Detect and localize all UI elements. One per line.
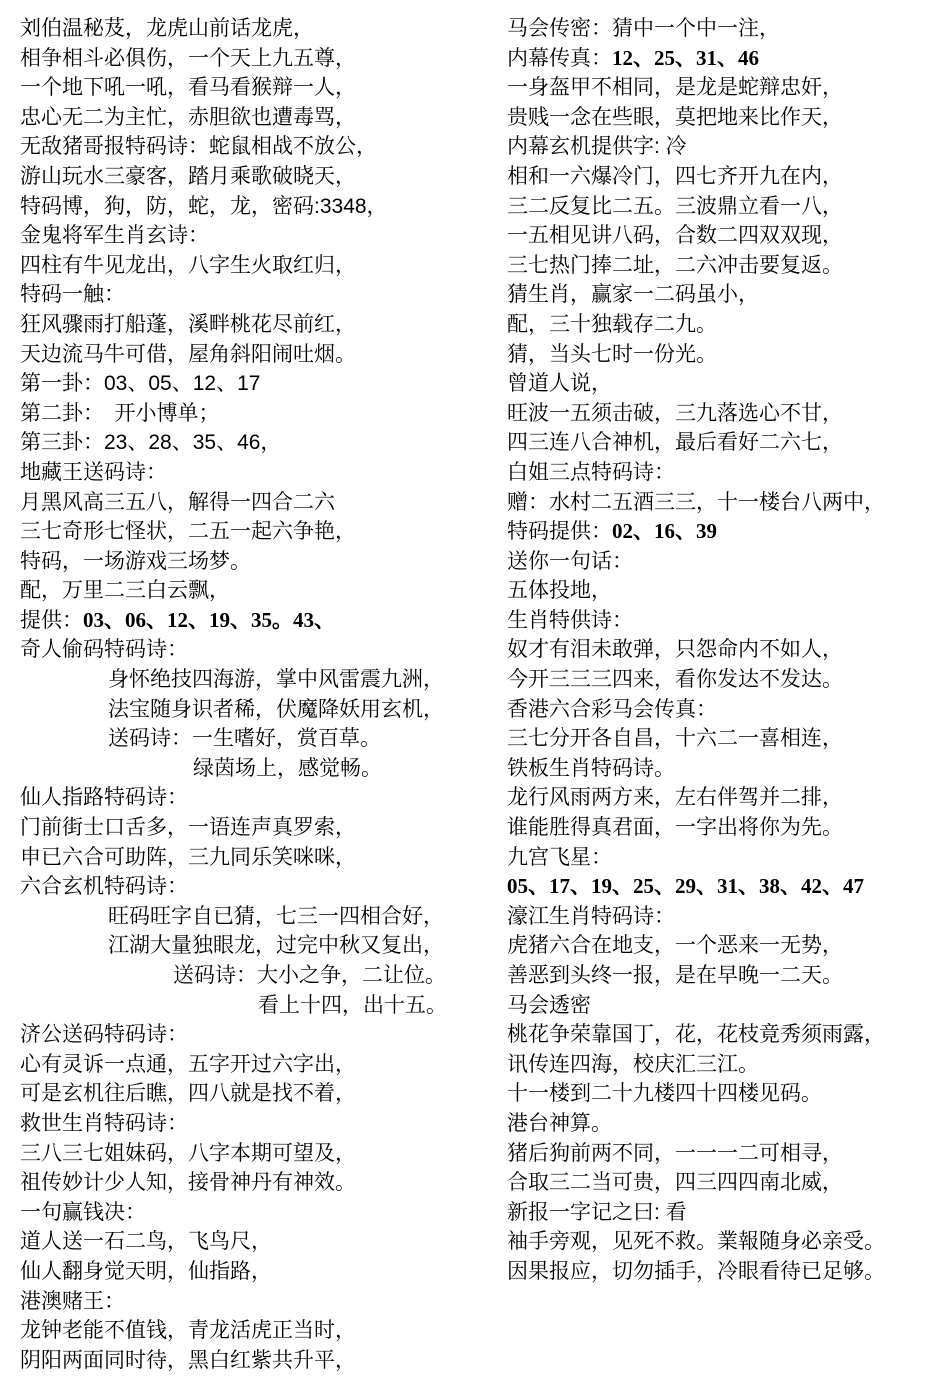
text-line: 刘伯温秘芨，龙虎山前话龙虎， [20,14,485,44]
text-line: 因果报应，切勿插手，冷眼看待已足够。 [507,1257,935,1287]
text-line: 看上十四，出十五。 [20,991,485,1021]
text-line: 仙人翻身觉天明，仙指路， [20,1257,485,1287]
text-line: 内幕玄机提供字: 冷 [507,132,935,162]
text-line: 道人送一石二鸟，飞鸟尺， [20,1227,485,1257]
line-label: 内幕传真： [507,47,612,70]
text-line: 猪后狗前两不同，一一一二可相寻， [507,1139,935,1169]
text-line: 龙钟老能不值钱，青龙活虎正当时， [20,1316,485,1346]
text-line: 无敌猪哥报特码诗：蛇鼠相战不放公， [20,132,485,162]
text-line: 铁板生肖特码诗。 [507,754,935,784]
text-line: 一五相见讲八码，合数二四双双现， [507,221,935,251]
text-line: 三二反复比二五。三波鼎立看一八， [507,192,935,222]
text-line: 相争相斗必俱伤，一个天上九五尊， [20,44,485,74]
text-line: 三七热门捧二址，二六冲击要复返。 [507,251,935,281]
text-line: 第三卦：23、28、35、46， [20,428,485,458]
text-line: 濠江生肖特码诗： [507,902,935,932]
text-line: 旺波一五须击破，三九落选心不甘， [507,399,935,429]
text-line: 四柱有牛见龙出，八字生火取红归， [20,251,485,281]
text-line: 奇人偷码特码诗： [20,635,485,665]
text-line: 法宝随身识者稀，伏魔降妖用玄机， [20,695,485,725]
text-line: 特码博，狗，防，蛇，龙，密码:3348， [20,192,485,222]
text-line: 门前街士口舌多，一语连声真罗索， [20,813,485,843]
text-line: 奴才有泪未敢弹，只怨命内不如人， [507,635,935,665]
text-line: 地藏王送码诗： [20,458,485,488]
text-line: 送码诗：大小之争，二让位。 [20,961,485,991]
text-line: 贵贱一念在些眼，莫把地来比作天， [507,103,935,133]
text-line: 四三连八合神机，最后看好二六七， [507,428,935,458]
text-line: 虎猪六合在地支，一个恶来一无势， [507,931,935,961]
text-line: 祖传妙计少人知，接骨神丹有神效。 [20,1168,485,1198]
text-line: 配，万里二三白云飘， [20,576,485,606]
text-line: 救世生肖特码诗： [20,1109,485,1139]
text-line: 今开三三三四来，看你发达不发达。 [507,665,935,695]
text-line: 可是玄机往后瞧，四八就是找不着， [20,1079,485,1109]
text-line: 相和一六爆冷门，四七齐开九在内， [507,162,935,192]
text-line: 内幕传真：12、25、31、46 [507,44,935,74]
text-line: 济公送码特码诗： [20,1020,485,1050]
text-line: 旺码旺字自已猜，七三一四相合好， [20,902,485,932]
text-line: 05、17、19、25、29、31、38、42、47 [507,872,935,902]
text-line: 香港六合彩马会传真： [507,695,935,725]
text-line: 送你一句话： [507,547,935,577]
text-line: 港澳赌王： [20,1287,485,1317]
text-line: 江湖大量独眼龙，过完中秋又复出， [20,931,485,961]
text-line: 三七分开各自昌，十六二一喜相连， [507,724,935,754]
text-line: 新报一字记之曰: 看 [507,1198,935,1228]
text-line: 猜生肖，赢家一二码虽小， [507,280,935,310]
text-line: 港台神算。 [507,1109,935,1139]
text-line: 心有灵诉一点通，五字开过六字出， [20,1050,485,1080]
text-line: 狂风骤雨打船蓬，溪畔桃花尽前红， [20,310,485,340]
text-line: 游山玩水三豪客，踏月乘歌破晓天， [20,162,485,192]
text-line: 曾道人说， [507,369,935,399]
text-line: 五体投地， [507,576,935,606]
text-line: 金鬼将军生肖玄诗： [20,221,485,251]
line-label: 提供： [20,609,83,632]
text-line: 合取三二当可贵，四三四四南北威， [507,1168,935,1198]
text-line: 身怀绝技四海游，掌中风雷震九洲， [20,665,485,695]
text-line: 第二卦： 开小博单； [20,399,485,429]
text-line: 生肖特供诗： [507,606,935,636]
text-line: 申已六合可助阵，三九同乐笑咪咪， [20,843,485,873]
text-line: 仙人指路特码诗： [20,783,485,813]
text-line: 善恶到头终一报，是在早晚一二天。 [507,961,935,991]
text-line: 九宫飞星： [507,843,935,873]
number-sequence: 12、25、31、46 [612,46,759,70]
text-line: 第一卦：03、05、12、17 [20,369,485,399]
text-line: 一身盔甲不相同，是龙是蛇辩忠奸， [507,73,935,103]
text-line: 袖手旁观，见死不救。業報随身必亲受。 [507,1227,935,1257]
text-line: 特码，一场游戏三场梦。 [20,547,485,577]
number-sequence: 05、17、19、25、29、31、38、42、47 [507,874,864,898]
text-line: 忠心无二为主忙，赤胆欲也遭毒骂， [20,103,485,133]
document-page: 刘伯温秘芨，龙虎山前话龙虎，相争相斗必俱伤，一个天上九五尊，一个地下吼一吼，看马… [0,0,935,1388]
text-line: 白姐三点特码诗： [507,458,935,488]
text-line: 天边流马牛可借，屋角斜阳闹吐烟。 [20,340,485,370]
text-line: 谁能胜得真君面，一字出将你为先。 [507,813,935,843]
text-line: 三八三七姐妹码，八字本期可望及， [20,1139,485,1169]
text-line: 特码一触： [20,280,485,310]
line-label: 特码提供： [507,520,612,543]
text-line: 六合玄机特码诗： [20,872,485,902]
text-line: 绿茵场上，感觉畅。 [20,754,485,784]
text-line: 配，三十独载存二九。 [507,310,935,340]
text-line: 送码诗：一生嗜好，赏百草。 [20,724,485,754]
text-line: 讯传连四海，校庆汇三江。 [507,1050,935,1080]
text-line: 特码提供：02、16、39 [507,517,935,547]
text-line: 桃花争荣靠国丁，花，花枝竟秀须雨露， [507,1020,935,1050]
text-line: 一句赢钱决： [20,1198,485,1228]
text-line: 三七奇形七怪状，二五一起六争艳， [20,517,485,547]
text-line: 提供：03、06、12、19、35。43、 [20,606,485,636]
text-line: 龙行风雨两方来，左右伴驾并二排， [507,783,935,813]
number-sequence: 02、16、39 [612,519,717,543]
text-line: 十一楼到二十九楼四十四楼见码。 [507,1079,935,1109]
number-sequence: 03、06、12、19、35。43、 [83,608,335,632]
text-column-left: 刘伯温秘芨，龙虎山前话龙虎，相争相斗必俱伤，一个天上九五尊，一个地下吼一吼，看马… [20,14,485,1375]
text-line: 赠：水村二五酒三三，十一楼台八两中， [507,488,935,518]
text-line: 马会传密：猜中一个中一注， [507,14,935,44]
text-line: 马会透密 [507,991,935,1021]
text-line: 阴阳两面同时待，黑白红紫共升平， [20,1346,485,1376]
text-line: 月黑风高三五八，解得一四合二六 [20,488,485,518]
text-line: 一个地下吼一吼，看马看猴辩一人， [20,73,485,103]
text-line: 猜，当头七时一份光。 [507,340,935,370]
text-column-right: 马会传密：猜中一个中一注，内幕传真：12、25、31、46一身盔甲不相同，是龙是… [507,14,935,1287]
